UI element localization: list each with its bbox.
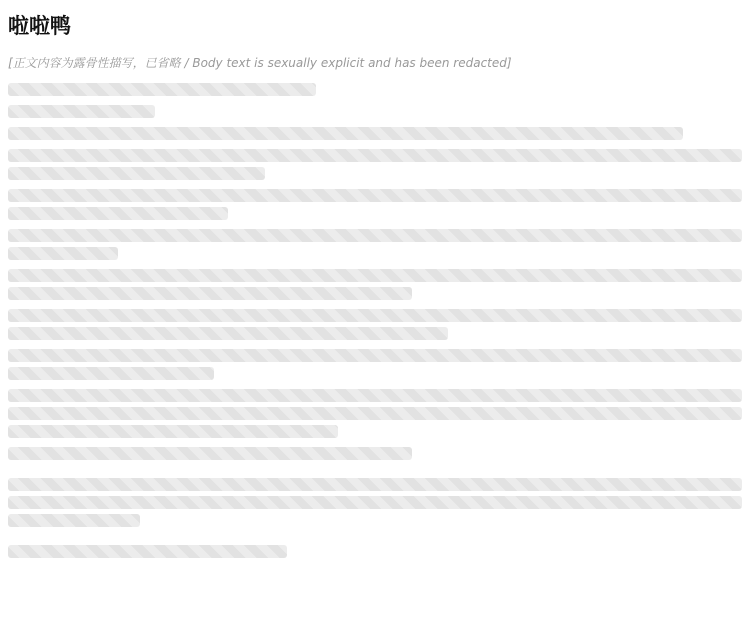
redacted-text-line bbox=[8, 425, 338, 438]
document-body bbox=[8, 83, 742, 558]
redacted-paragraph bbox=[8, 127, 742, 140]
redacted-text-line bbox=[8, 389, 742, 402]
redacted-paragraph bbox=[8, 229, 742, 260]
page-title: 啦啦鸭 bbox=[8, 10, 742, 40]
redacted-text-line bbox=[8, 407, 742, 420]
redacted-paragraph bbox=[8, 83, 742, 96]
redacted-text-line bbox=[8, 478, 742, 491]
redacted-text-line bbox=[8, 105, 155, 118]
redacted-paragraph bbox=[8, 105, 742, 118]
redacted-text-line bbox=[8, 167, 265, 180]
redacted-paragraph bbox=[8, 189, 742, 220]
redacted-paragraph bbox=[8, 309, 742, 340]
redacted-text-line bbox=[8, 269, 742, 282]
redacted-paragraph bbox=[8, 545, 742, 558]
redacted-text-line bbox=[8, 309, 742, 322]
redacted-text-line bbox=[8, 545, 287, 558]
redacted-text-line bbox=[8, 349, 742, 362]
redacted-text-line bbox=[8, 83, 316, 96]
redacted-text-line bbox=[8, 287, 412, 300]
redacted-text-line bbox=[8, 127, 683, 140]
document-page: 啦啦鸭 [正文内容为露骨性描写，已省略 / Body text is sexua… bbox=[0, 0, 752, 624]
redacted-text-line bbox=[8, 514, 140, 527]
redacted-text-line bbox=[8, 207, 228, 220]
redacted-paragraph bbox=[8, 447, 742, 460]
redacted-text-line bbox=[8, 327, 448, 340]
redacted-text-line bbox=[8, 496, 742, 509]
redaction-note: [正文内容为露骨性描写，已省略 / Body text is sexually … bbox=[8, 54, 742, 71]
redacted-paragraph bbox=[8, 478, 742, 527]
redacted-paragraph bbox=[8, 349, 742, 380]
redacted-text-line bbox=[8, 447, 412, 460]
redacted-text-line bbox=[8, 247, 118, 260]
redacted-paragraph bbox=[8, 389, 742, 438]
redacted-paragraph bbox=[8, 149, 742, 180]
redacted-text-line bbox=[8, 367, 214, 380]
redacted-text-line bbox=[8, 149, 742, 162]
redacted-text-line bbox=[8, 189, 742, 202]
redacted-text-line bbox=[8, 229, 742, 242]
redacted-paragraph bbox=[8, 269, 742, 300]
